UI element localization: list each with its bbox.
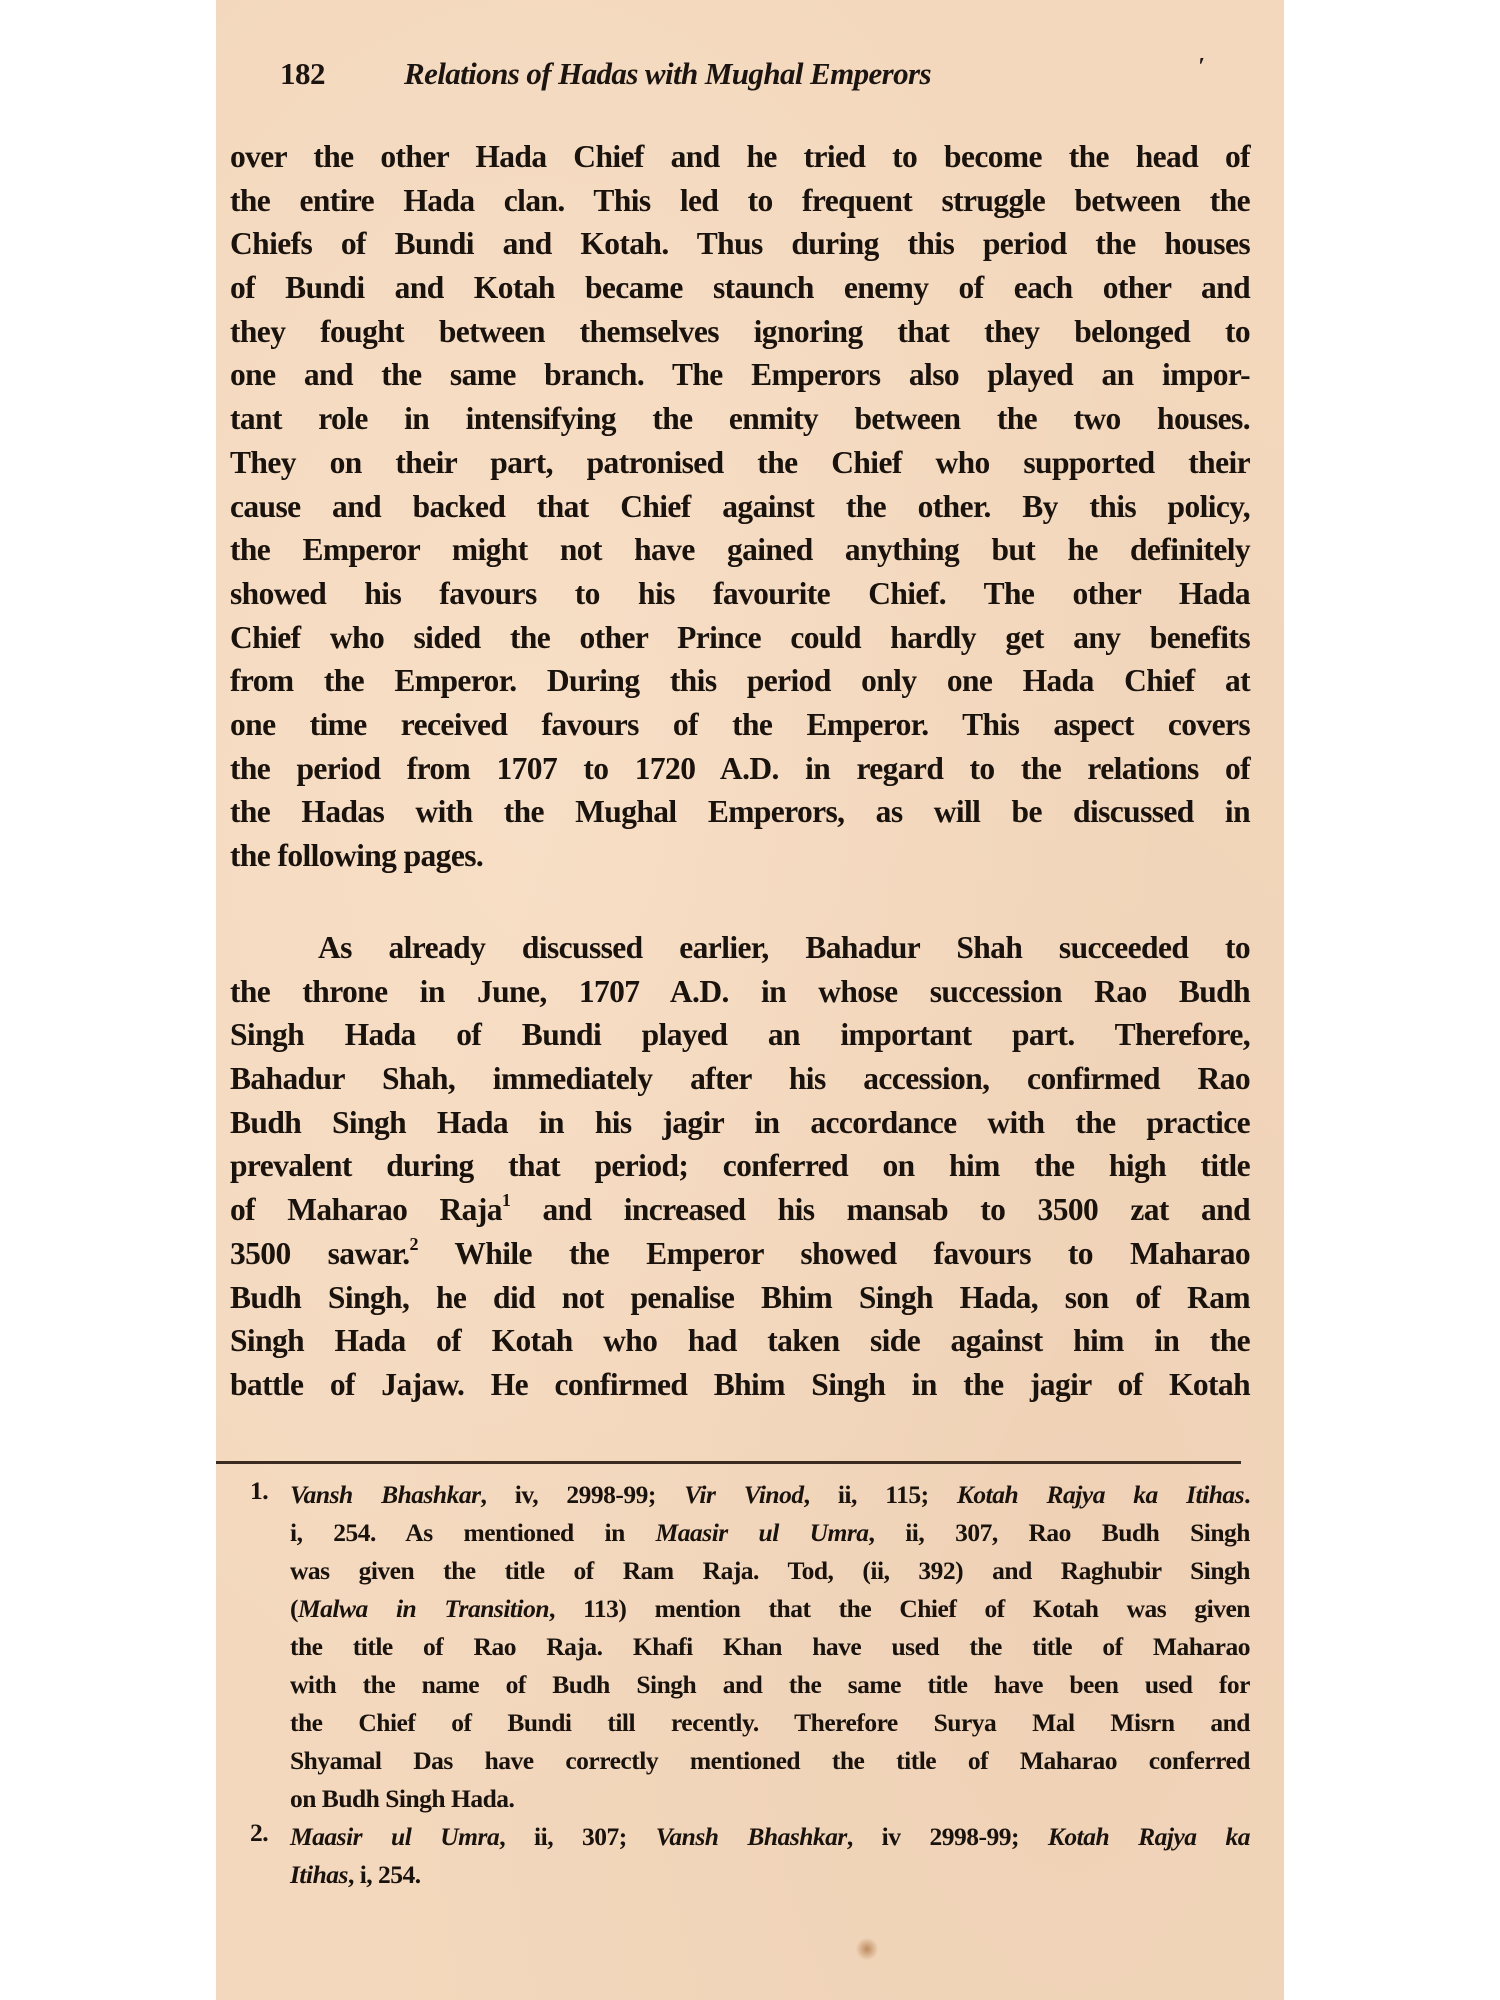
footnote-line: (Malwa in Transition, 113) mention that … — [290, 1590, 1250, 1628]
text-line: Chief who sided the other Prince could h… — [230, 616, 1250, 660]
footnote-line: Itihas, i, 254. — [290, 1856, 1250, 1894]
text-line: prevalent during that period; conferred … — [230, 1144, 1250, 1188]
footnote-number: 2. — [250, 1818, 268, 1848]
footnote-line: was given the title of Ram Raja. Tod, (i… — [290, 1552, 1250, 1590]
footnote-number: 1. — [250, 1476, 268, 1506]
footnote: 2.Maasir ul Umra, ii, 307; Vansh Bhashka… — [250, 1818, 1250, 1894]
page-number: 182 — [280, 56, 325, 92]
text-line: the Emperor might not have gained anythi… — [230, 528, 1250, 572]
footnote-line: Shyamal Das have correctly mentioned the… — [290, 1742, 1250, 1780]
running-title: Relations of Hadas with Mughal Emperors — [404, 56, 931, 92]
footnote-ref[interactable]: 2 — [410, 1234, 418, 1254]
text-line: Bahadur Shah, immediately after his acce… — [230, 1057, 1250, 1101]
pencil-mark-icon: ′ — [1198, 54, 1205, 81]
text-line: one and the same branch. The Emperors al… — [230, 353, 1250, 397]
footnote-ref[interactable]: 1 — [502, 1190, 510, 1210]
text-line: showed his favours to his favourite Chie… — [230, 572, 1250, 616]
text-line: of Bundi and Kotah became staunch enemy … — [230, 266, 1250, 310]
footnote-line: i, 254. As mentioned in Maasir ul Umra, … — [290, 1514, 1250, 1552]
text-line: of Maharao Raja1 and increased his mansa… — [230, 1188, 1250, 1232]
text-line: They on their part, patronised the Chief… — [230, 441, 1250, 485]
text-line: the throne in June, 1707 A.D. in whose s… — [230, 970, 1250, 1014]
ink-smudge-icon — [856, 1937, 878, 1961]
text-line: the period from 1707 to 1720 A.D. in reg… — [230, 747, 1250, 791]
text-line: Singh Hada of Bundi played an important … — [230, 1013, 1250, 1057]
text-line: As already discussed earlier, Bahadur Sh… — [230, 926, 1250, 970]
text-line: Budh Singh Hada in his jagir in accordan… — [230, 1101, 1250, 1145]
footnote-line: with the name of Budh Singh and the same… — [290, 1666, 1250, 1704]
text-line: they fought between themselves ignoring … — [230, 310, 1250, 354]
text-line: 3500 sawar.2 While the Emperor showed fa… — [230, 1232, 1250, 1276]
text-line: from the Emperor. During this period onl… — [230, 659, 1250, 703]
text-line: Chiefs of Bundi and Kotah. Thus during t… — [230, 222, 1250, 266]
text-line: cause and backed that Chief against the … — [230, 485, 1250, 529]
footnote-line: Maasir ul Umra, ii, 307; Vansh Bhashkar,… — [290, 1818, 1250, 1856]
footnote-divider — [216, 1461, 1241, 1464]
book-page: 182 Relations of Hadas with Mughal Emper… — [216, 0, 1284, 2000]
text-line: Singh Hada of Kotah who had taken side a… — [230, 1319, 1250, 1363]
footnote-line: on Budh Singh Hada. — [290, 1780, 1250, 1818]
text-line: the following pages. — [230, 834, 1250, 878]
running-head: 182 Relations of Hadas with Mughal Emper… — [248, 56, 1248, 100]
text-line: the Hadas with the Mughal Emperors, as w… — [230, 790, 1250, 834]
footnote: 1.Vansh Bhashkar, iv, 2998-99; Vir Vinod… — [250, 1476, 1250, 1818]
text-line: Budh Singh, he did not penalise Bhim Sin… — [230, 1276, 1250, 1320]
text-line: battle of Jajaw. He confirmed Bhim Singh… — [230, 1363, 1250, 1407]
footnotes: 1.Vansh Bhashkar, iv, 2998-99; Vir Vinod… — [250, 1476, 1250, 1894]
text-line: over the other Hada Chief and he tried t… — [230, 135, 1250, 179]
footnote-line: the Chief of Bundi till recently. Theref… — [290, 1704, 1250, 1742]
paragraph-1: over the other Hada Chief and he tried t… — [230, 135, 1250, 878]
text-line: tant role in intensifying the enmity bet… — [230, 397, 1250, 441]
text-line: the entire Hada clan. This led to freque… — [230, 179, 1250, 223]
footnote-line: Vansh Bhashkar, iv, 2998-99; Vir Vinod, … — [290, 1476, 1250, 1514]
footnote-line: the title of Rao Raja. Khafi Khan have u… — [290, 1628, 1250, 1666]
paragraph-2: As already discussed earlier, Bahadur Sh… — [230, 926, 1250, 1407]
text-line: one time received favours of the Emperor… — [230, 703, 1250, 747]
